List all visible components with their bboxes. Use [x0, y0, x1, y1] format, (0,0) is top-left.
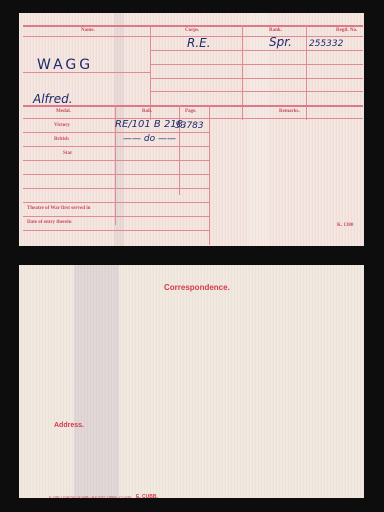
- roll-header: Roll.: [142, 109, 152, 114]
- rule: [23, 160, 209, 161]
- rule: [23, 174, 209, 175]
- rule: [150, 64, 363, 65]
- rule: [150, 50, 363, 51]
- rule: [23, 132, 209, 133]
- regtl-no-header: Regtl. No.: [336, 28, 357, 33]
- medal-index-card-front: Name. Corps. Rank. Regtl. No. R.E. Spr. …: [19, 13, 364, 246]
- scan-stripe: [249, 13, 269, 246]
- page-header: Page.: [185, 109, 197, 114]
- surname-value: WAGG: [37, 57, 93, 73]
- medal-header: Medal.: [56, 109, 71, 114]
- form-code: K. 1380: [337, 223, 353, 228]
- scan-stripe: [74, 265, 119, 498]
- remarks-header: Remarks.: [279, 109, 300, 114]
- forename-value: Alfred.: [33, 92, 73, 106]
- address-label: Address.: [54, 422, 84, 429]
- rule: [23, 230, 209, 231]
- rank-header: Rank.: [269, 28, 282, 33]
- rule-top: [23, 25, 363, 27]
- medal-star: Star: [63, 151, 72, 156]
- rule: [23, 118, 363, 119]
- printer-name: E. CUBB.: [136, 494, 158, 500]
- medal-victory: Victory: [54, 123, 70, 128]
- printer-line: K 1380. (1546) Wt. W 2468—R.P. 6357 1,00…: [49, 485, 158, 503]
- date-label: Date of entry therein: [27, 220, 71, 225]
- rule: [150, 91, 363, 92]
- regtl-no-value: 255332: [309, 39, 343, 49]
- rule: [23, 216, 209, 217]
- rule: [23, 188, 209, 189]
- page-victory: 53783: [175, 121, 204, 131]
- name-header: Name.: [81, 28, 95, 33]
- medal-index-card-back: Correspondence. Address. K 1380. (1546) …: [19, 265, 364, 498]
- theatre-label: Theatre of War first served in: [27, 206, 90, 211]
- corps-value: R.E.: [187, 36, 211, 50]
- divider: [209, 105, 210, 245]
- rule: [23, 202, 209, 203]
- corps-header: Corps.: [185, 28, 199, 33]
- correspondence-title: Correspondence.: [164, 283, 230, 292]
- roll-british: —— do ——: [123, 134, 176, 144]
- rank-value: Spr.: [269, 35, 292, 49]
- rule: [150, 78, 363, 79]
- rule-medal-top: [23, 105, 363, 107]
- medal-british: British: [54, 137, 69, 142]
- rule: [23, 146, 209, 147]
- printer-info: K 1380. (1546) Wt. W 2468—R.P. 6357 1,00…: [49, 495, 132, 499]
